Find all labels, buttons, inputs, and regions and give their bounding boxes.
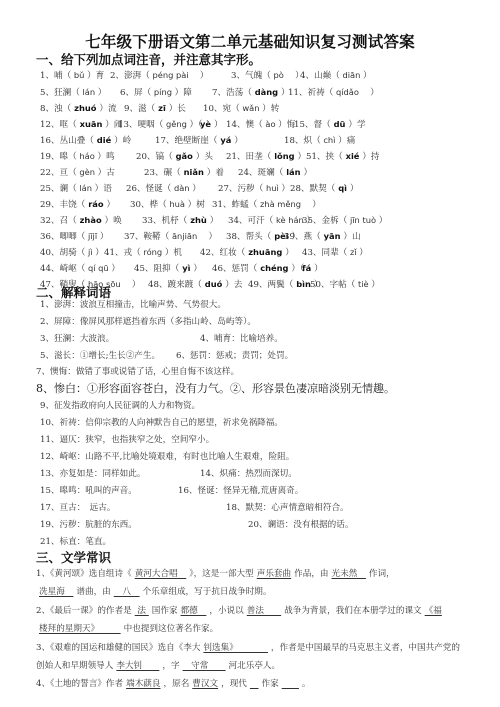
item-word-suffix: ）转 bbox=[262, 104, 279, 114]
pinyin-answer: lán bbox=[80, 87, 98, 97]
item-word-suffix: ）头 bbox=[196, 152, 213, 162]
item-word-suffix: ）学 bbox=[348, 120, 365, 130]
line-text: 4、《土地的誓言》作者 bbox=[36, 679, 123, 689]
pinyin-item: 50、字帖（ tiè ） bbox=[310, 279, 380, 291]
item-word-suffix: ）痛 bbox=[338, 136, 355, 146]
item-word-suffix: ）鸣 bbox=[97, 152, 114, 162]
pinyin-item: 17、绝壁断崖（ yá ） bbox=[155, 135, 243, 147]
item-word: 6、屏（ bbox=[120, 88, 151, 98]
item-word-suffix: ） bbox=[363, 71, 372, 81]
item-word-suffix: ） bbox=[210, 216, 219, 226]
definition-item: 21、标直：笔直。 bbox=[40, 535, 111, 547]
item-word: 45、阻抑（ bbox=[134, 264, 179, 274]
definition-item: 7、懊悔：做错了事或说错了话，心里自悔不该这样。 bbox=[36, 365, 239, 377]
item-word: 51、挟（ bbox=[306, 152, 343, 162]
pinyin-item: 25、谰（ lán ）语 bbox=[40, 183, 112, 195]
pinyin-item: 32、召（ zhào ）唤 bbox=[40, 215, 122, 227]
item-word-suffix: ） bbox=[314, 264, 323, 274]
pinyin-answer: chì bbox=[321, 135, 338, 145]
pinyin-answer: qí qū bbox=[85, 263, 111, 273]
item-word-suffix: ） bbox=[350, 184, 359, 194]
pinyin-answer: píng bbox=[151, 87, 174, 97]
pinyin-item: 13、哽咽（ gěng ）（ bbox=[118, 119, 202, 131]
line-text: 个乐章组成，写于抗日战争时期。 bbox=[143, 587, 272, 597]
pinyin-answer: qídǎo bbox=[333, 87, 361, 97]
item-word-suffix: ）去 bbox=[225, 280, 242, 290]
item-word: 29、丰饶（ bbox=[40, 200, 85, 210]
line-text: 。 bbox=[302, 679, 311, 689]
literature-line: 4、《土地的誓言》作者端木蕻良，原名曹汉文，现代 作家 。 bbox=[36, 677, 311, 689]
pinyin-item: 15、督（ dū ）学 bbox=[294, 119, 366, 131]
pinyin-item: fá ） bbox=[302, 263, 323, 275]
pinyin-item: 37、鞍鞯（ ānjiān ） bbox=[124, 231, 217, 243]
item-word-suffix: ） bbox=[379, 216, 388, 226]
definition-item: 20、谰语：没有根据的话。 bbox=[248, 518, 353, 530]
item-word: 41、戎（ bbox=[104, 248, 141, 258]
pinyin-item: 40、胡骑（ jì ） bbox=[40, 247, 104, 259]
pinyin-answer: bǔ bbox=[71, 70, 87, 80]
pinyin-item: 1、哺（ bǔ ）育 bbox=[40, 70, 104, 82]
definition-item: 15、嗥鸣：吼叫的声音。 bbox=[40, 484, 137, 496]
item-word-suffix: ）古 bbox=[98, 168, 115, 178]
pinyin-answer: jì bbox=[85, 247, 95, 257]
fill-in-answer: 光未然 bbox=[329, 569, 369, 579]
item-word-suffix: ）悔 bbox=[278, 120, 295, 130]
item-word: 14、懊（ bbox=[226, 120, 263, 130]
answer-sheet-page: 七年级下册语文第二单元基础知识复习测试答案 一、给下列加点词注音，并注意其字形。… bbox=[0, 0, 500, 707]
item-word-suffix: ） bbox=[193, 264, 202, 274]
item-word-suffix: ） bbox=[200, 232, 217, 242]
item-word: 5、狂澜（ bbox=[40, 88, 80, 98]
item-word: 7、浩荡（ bbox=[212, 88, 252, 98]
definition-item: 10、祈祷：信仰宗教的人向神默告自己的愿望，祈求免祸降福。 bbox=[40, 416, 283, 428]
pinyin-answer: duó bbox=[202, 279, 225, 289]
item-word: 27、污秽（ bbox=[218, 184, 263, 194]
item-word: 32、召（ bbox=[40, 216, 77, 226]
item-word: 8、浊（ bbox=[40, 104, 71, 114]
definition-item: 11、逼仄：狭窄，也指狭窄之处，空间窄小。 bbox=[40, 433, 214, 445]
item-word-suffix: ） bbox=[111, 264, 120, 274]
definition-item: 6、惩罚：惩戒；责罚；处罚。 bbox=[176, 349, 293, 361]
item-word: 23、碾（ bbox=[144, 168, 181, 178]
definition-item: 3、狂澜：大波浪。 bbox=[40, 332, 114, 344]
pinyin-item: 41、戎（ róng ）机 bbox=[104, 247, 182, 259]
fill-in-answer: 普法 bbox=[244, 606, 284, 616]
line-text: ，小说以 bbox=[209, 606, 243, 616]
line-text: 2、《最后一课》的作者是 bbox=[36, 606, 132, 616]
item-word-suffix: ） bbox=[123, 280, 140, 290]
item-word-suffix: ） bbox=[303, 168, 312, 178]
pinyin-answer: zǐ bbox=[347, 247, 359, 257]
item-word: 42、红妆（ bbox=[200, 248, 245, 258]
pinyin-item: 24、斑斓（ lán ） bbox=[238, 167, 312, 179]
pinyin-answer: zhào bbox=[77, 215, 105, 225]
pinyin-item: 26、怪诞（ dàn ） bbox=[126, 183, 201, 195]
item-word: 16、丛山叠（ bbox=[40, 136, 94, 146]
definition-item: 8、惨白：①形容面容苍白，没有力气。②、形容景色凄凉暗淡别无情趣。 bbox=[36, 380, 395, 396]
pinyin-answer: chéng bbox=[257, 263, 291, 273]
item-word: 2、澎湃（ bbox=[110, 71, 150, 81]
pinyin-item: 46、惩罚（ chéng ）（ bbox=[212, 263, 304, 275]
pinyin-item: 43、同辈（ zǐ ） bbox=[302, 247, 368, 259]
pinyin-item: 30、桦（ huà ）树 bbox=[130, 199, 205, 211]
pinyin-item: 4、山巅（ diān ） bbox=[300, 70, 372, 82]
pinyin-item: 11、祈祷（ qídǎo ） bbox=[288, 87, 379, 99]
pinyin-item: 48、踱来踱（ duó ）去 bbox=[148, 279, 242, 291]
line-text: 》，这是一部大型 bbox=[189, 569, 253, 579]
pinyin-answer: jīn tuò bbox=[347, 215, 378, 225]
pinyin-answer: huì bbox=[263, 183, 281, 193]
pinyin-answer: lán bbox=[77, 183, 95, 193]
pinyin-item: 22、亘（ gèn ）古 bbox=[40, 167, 115, 179]
pinyin-answer: zī bbox=[155, 103, 168, 113]
item-word: 50、字帖（ bbox=[310, 280, 355, 290]
item-word-suffix: ）持 bbox=[362, 152, 379, 162]
line-text: 作品，由 bbox=[294, 569, 328, 579]
item-word: 9、滋（ bbox=[124, 104, 155, 114]
item-word-suffix: ）障 bbox=[175, 88, 192, 98]
item-word: 4、山巅（ bbox=[300, 71, 340, 81]
line-text: 河北乐亭人。 bbox=[229, 661, 281, 671]
pinyin-item: yè ） bbox=[200, 119, 223, 131]
pinyin-item: 5、狂澜（ lán ） bbox=[40, 87, 106, 99]
item-word-suffix: ） bbox=[95, 248, 104, 258]
pinyin-item: 35、金柝（ jīn tuò ） bbox=[302, 215, 387, 227]
pinyin-item: 23、碾（ niǎn ）着 bbox=[144, 167, 224, 179]
item-word-suffix: ） bbox=[192, 184, 201, 194]
pinyin-item: 33、机杼（ zhù ） bbox=[142, 215, 218, 227]
line-text: 谱曲，由 bbox=[76, 587, 110, 597]
pinyin-answer: niǎn bbox=[181, 167, 207, 177]
item-word: 24、斑斓（ bbox=[238, 168, 283, 178]
fill-in-answer: 钊选集》 bbox=[200, 643, 270, 653]
fill-in-answer: 声乐套曲 bbox=[254, 569, 294, 579]
pinyin-item: 44、崎岖（ qí qū ） bbox=[40, 263, 120, 275]
item-word-suffix: ）唤 bbox=[105, 216, 122, 226]
fill-in-answer bbox=[247, 679, 262, 689]
item-word: 12、哐（ bbox=[40, 120, 77, 130]
literature-line: 2、《最后一课》的作者是 法 国作家都德 ，小说以普法 战争为背景，我们在本册学… bbox=[36, 604, 445, 616]
pinyin-item: 39、燕（ yān ）山 bbox=[284, 231, 361, 243]
section-1-heading: 一、给下列加点词注音，并注意其字形。 bbox=[36, 50, 261, 68]
item-word-suffix: ）着 bbox=[207, 168, 224, 178]
item-word: 30、桦（ bbox=[130, 200, 167, 210]
pinyin-answer: jījī bbox=[85, 231, 100, 241]
line-text: 国作家 bbox=[152, 606, 178, 616]
pinyin-answer: ānjiān bbox=[169, 231, 200, 241]
item-word: 17、绝壁断崖（ bbox=[155, 136, 218, 146]
item-word: 44、崎岖（ bbox=[40, 264, 85, 274]
item-word: 49、两鬓（ bbox=[248, 280, 293, 290]
pinyin-item: 12、哐（ xuān ）闹 bbox=[40, 119, 122, 131]
fill-in-answer: 端木蕻良 bbox=[123, 679, 163, 689]
pinyin-item: 7、浩荡（ dàng ） bbox=[212, 87, 290, 99]
line-text: ，现代 bbox=[221, 679, 247, 689]
pinyin-answer: gěng bbox=[163, 119, 189, 129]
item-word: 46、惩罚（ bbox=[212, 264, 257, 274]
pinyin-item: 10、宛（ wǎn ）转 bbox=[203, 103, 279, 115]
item-word-suffix: ）育 bbox=[87, 71, 104, 81]
fill-in-answer: 冼星海 bbox=[36, 587, 76, 597]
pinyin-answer: zhà měng bbox=[257, 199, 303, 209]
item-word: 15、督（ bbox=[294, 120, 331, 130]
item-word-suffix: ） bbox=[304, 200, 321, 210]
item-word: 39、燕（ bbox=[284, 232, 321, 242]
literature-line: 冼星海 谱曲，由 八 个乐章组成，写于抗日战争时期。 bbox=[36, 585, 272, 597]
fill-in-answer bbox=[279, 679, 302, 689]
item-word: 43、同辈（ bbox=[302, 248, 347, 258]
item-word: 20、镐（ bbox=[136, 152, 173, 162]
item-word: 48、踱来踱（ bbox=[148, 280, 202, 290]
pinyin-item: 18、炽（ chì ）痛 bbox=[284, 135, 355, 147]
literature-line: 创始人和早期领导人李大钊 ，字 守常 河北乐亭人。 bbox=[36, 659, 280, 671]
pinyin-item: 21、田垄（ lǒng ） bbox=[226, 151, 306, 163]
pinyin-item: 20、镐（ gǎo ）头 bbox=[136, 151, 213, 163]
fill-in-answer: 黄河大合唱 bbox=[132, 569, 190, 579]
definition-item: 18、默契：心声情意暗相符合。 bbox=[226, 501, 349, 513]
item-word: 25、谰（ bbox=[40, 184, 77, 194]
pinyin-answer: yè bbox=[200, 119, 214, 129]
item-word-suffix: ）语 bbox=[95, 184, 112, 194]
definition-item: 13、亦复如是：同样如此。 bbox=[40, 467, 145, 479]
literature-line: 1、《黄河颂》选自组诗《黄河大合唱 》，这是一部大型声乐套曲作品，由光未然 作词… bbox=[36, 567, 395, 579]
definition-item: 19、污秽：肮脏的东西。 bbox=[40, 518, 137, 530]
pinyin-item: 19、嗥（ háo ）鸣 bbox=[40, 151, 115, 163]
item-word: 3、气魄（ bbox=[231, 71, 271, 81]
item-word-suffix: ） bbox=[98, 88, 107, 98]
pinyin-item: 29、丰饶（ ráo ） bbox=[40, 199, 115, 211]
pinyin-item: 14、懊（ ào ）悔 bbox=[226, 119, 295, 131]
pinyin-answer: ráo bbox=[85, 199, 106, 209]
pinyin-answer: huà bbox=[167, 199, 188, 209]
fill-in-answer: 都德 bbox=[178, 606, 210, 616]
pinyin-item: 45、阻抑（ yì ） bbox=[134, 263, 202, 275]
item-word: 10、宛（ bbox=[203, 104, 240, 114]
literature-line: 楼拜的星期天》 中也提到这位著名作家。 bbox=[36, 622, 218, 634]
section-3-heading: 三、文学常识 bbox=[36, 548, 111, 566]
item-word: 40、胡骑（ bbox=[40, 248, 85, 258]
line-text: 创始人和早期领导人 bbox=[36, 661, 113, 671]
line-text: 战争为背景，我们在本册学过的课文 bbox=[284, 606, 422, 616]
pinyin-answer: yì bbox=[179, 263, 193, 273]
item-word: 1、哺（ bbox=[40, 71, 71, 81]
item-word: 28、默契（ bbox=[290, 184, 335, 194]
line-text: 作词， bbox=[369, 569, 395, 579]
definition-item: 9、征发指政府向人民征调的人力和物资。 bbox=[40, 399, 200, 411]
pinyin-answer: dié bbox=[94, 135, 114, 145]
pinyin-item: 31、蚱蜢（ zhà měng ） bbox=[212, 199, 321, 211]
item-word: 36、唧唧（ bbox=[40, 232, 85, 242]
pinyin-item: 16、丛山叠（ dié ）岭 bbox=[40, 135, 131, 147]
item-word: 37、鞍鞯（ bbox=[124, 232, 169, 242]
fill-in-answer: 《福 bbox=[422, 606, 445, 616]
item-word: 19、嗥（ bbox=[40, 152, 77, 162]
item-word: 11、祈祷（ bbox=[288, 88, 333, 98]
pinyin-answer: dàn bbox=[171, 183, 192, 193]
pinyin-answer: yān bbox=[321, 231, 344, 241]
item-word-suffix: ）山 bbox=[343, 232, 360, 242]
item-word-suffix: ） bbox=[281, 184, 290, 194]
pinyin-answer: zhuāng bbox=[245, 247, 285, 257]
line-text: 1、《黄河颂》选自组诗《 bbox=[36, 569, 132, 579]
pinyin-answer: lán bbox=[283, 167, 303, 177]
pinyin-item: 28、默契（ qì ） bbox=[290, 183, 358, 195]
line-text: 作家 bbox=[262, 679, 279, 689]
definition-item: 1、澎湃：波浪互相撞击，比喻声势、气势很大。 bbox=[40, 298, 226, 310]
item-word: 22、亘（ bbox=[40, 168, 77, 178]
item-word-suffix: ） bbox=[362, 88, 379, 98]
definition-item: 4、哺育：比喻培养。 bbox=[200, 332, 283, 344]
pinyin-answer: pò bbox=[271, 70, 287, 80]
pinyin-item: 51、挟（ xié ）持 bbox=[306, 151, 380, 163]
line-text: ，原名 bbox=[164, 679, 190, 689]
page-title: 七年级下册语文第二单元基础知识复习测试答案 bbox=[0, 30, 500, 52]
pinyin-answer: xuān bbox=[77, 119, 106, 129]
item-word-suffix: ）长 bbox=[169, 104, 186, 114]
item-word-suffix: ） bbox=[371, 280, 380, 290]
pinyin-item: 9、滋（ zī ）长 bbox=[124, 103, 186, 115]
fill-in-answer: 李大钊 bbox=[113, 661, 162, 671]
item-word-suffix: ） bbox=[191, 71, 208, 81]
item-word: 26、怪诞（ bbox=[126, 184, 171, 194]
pinyin-answer: gǎo bbox=[173, 151, 196, 161]
line-text: ，作者是中国最早的马克思主义者，中国共产党的 bbox=[271, 643, 460, 653]
pinyin-item: 27、污秽（ huì ） bbox=[218, 183, 290, 195]
pinyin-item: 6、屏（ píng ）障 bbox=[120, 87, 192, 99]
pinyin-answer: zhuó bbox=[71, 103, 99, 113]
pinyin-answer: diān bbox=[340, 70, 363, 80]
item-word: 38、帮头（ bbox=[226, 232, 271, 242]
pinyin-answer: dàng bbox=[252, 87, 281, 97]
item-word-suffix: ）树 bbox=[188, 200, 205, 210]
fill-in-answer: 曹汉文 bbox=[189, 679, 221, 689]
pinyin-answer: ào bbox=[263, 119, 278, 129]
pinyin-item: 3、气魄（ pò ） bbox=[231, 70, 304, 82]
item-word: 21、田垄（ bbox=[226, 152, 271, 162]
definition-item: 17、亘古： 远古。 bbox=[40, 501, 115, 513]
fill-in-answer: 守常 bbox=[180, 661, 229, 671]
fill-in-answer: 法 bbox=[132, 606, 152, 616]
item-word-suffix: ） bbox=[285, 248, 294, 258]
item-word: 13、哽咽（ bbox=[118, 120, 163, 130]
pinyin-answer: dū bbox=[331, 119, 349, 129]
fill-in-answer: 八 bbox=[111, 587, 143, 597]
item-word: 35、金柝（ bbox=[302, 216, 347, 226]
item-word-suffix: ） bbox=[100, 232, 109, 242]
definition-item: 12、崎岖：山路不平,比喻处境艰难，有时也比喻人生艰难，险阻。 bbox=[40, 450, 294, 462]
pinyin-answer: háo bbox=[77, 151, 98, 161]
item-word-suffix: ） bbox=[214, 120, 223, 130]
definition-item: 2、屏障：像屏风那样遮挡着东西（多指山岭、岛屿等）。 bbox=[40, 315, 256, 327]
literature-line: 3、《艰难的国运和雄健的国民》选自《李大钊选集》 ，作者是中国最早的马克思主义者… bbox=[36, 641, 460, 653]
item-word-suffix: ） bbox=[234, 136, 243, 146]
pinyin-item: 36、唧唧（ jījī ） bbox=[40, 231, 108, 243]
pinyin-answer: tiè bbox=[355, 279, 371, 289]
line-text: 中也提到这位著名作家。 bbox=[124, 624, 219, 634]
pinyin-answer: péng pài bbox=[150, 70, 191, 80]
pinyin-item: 42、红妆（ zhuāng ） bbox=[200, 247, 294, 259]
item-word: 18、炽（ bbox=[284, 136, 321, 146]
definition-item: 14、炽痛：热烈而深切。 bbox=[200, 467, 297, 479]
pinyin-answer: fá bbox=[302, 263, 314, 273]
pinyin-answer: gèn bbox=[77, 167, 98, 177]
pinyin-answer: zhù bbox=[187, 215, 209, 225]
fill-in-answer: 楼拜的星期天》 bbox=[36, 624, 124, 634]
item-word: 31、蚱蜢（ bbox=[212, 200, 257, 210]
item-word-suffix: ）岭 bbox=[114, 136, 131, 146]
item-word-suffix: ） bbox=[106, 200, 115, 210]
line-text: 3、《艰难的国运和雄健的国民》选自《李大 bbox=[36, 643, 200, 653]
item-word-suffix: ）机 bbox=[165, 248, 182, 258]
definition-item: 5、滋长：①增长;生长②产生。 bbox=[40, 349, 160, 361]
pinyin-answer: xié bbox=[343, 151, 363, 161]
pinyin-answer: yá bbox=[218, 135, 235, 145]
item-word: 33、机杼（ bbox=[142, 216, 187, 226]
item-word-suffix: ） bbox=[297, 152, 306, 162]
pinyin-item: 2、澎湃（ péng pài ） bbox=[110, 70, 209, 82]
line-text: ，字 bbox=[162, 661, 179, 671]
pinyin-item: 8、浊（ zhuó ）流 bbox=[40, 103, 117, 115]
pinyin-answer: lǒng bbox=[271, 151, 297, 161]
item-word-suffix: ）流 bbox=[99, 104, 116, 114]
pinyin-answer: wǎn bbox=[240, 103, 262, 113]
item-word-suffix: ） bbox=[359, 248, 368, 258]
definition-item: 16、怪诞：怪异无稽,荒唐离奇。 bbox=[178, 484, 303, 496]
item-word: 34、可汗（ bbox=[228, 216, 273, 226]
pinyin-answer: róng bbox=[141, 247, 165, 257]
pinyin-answer: qì bbox=[335, 183, 350, 193]
